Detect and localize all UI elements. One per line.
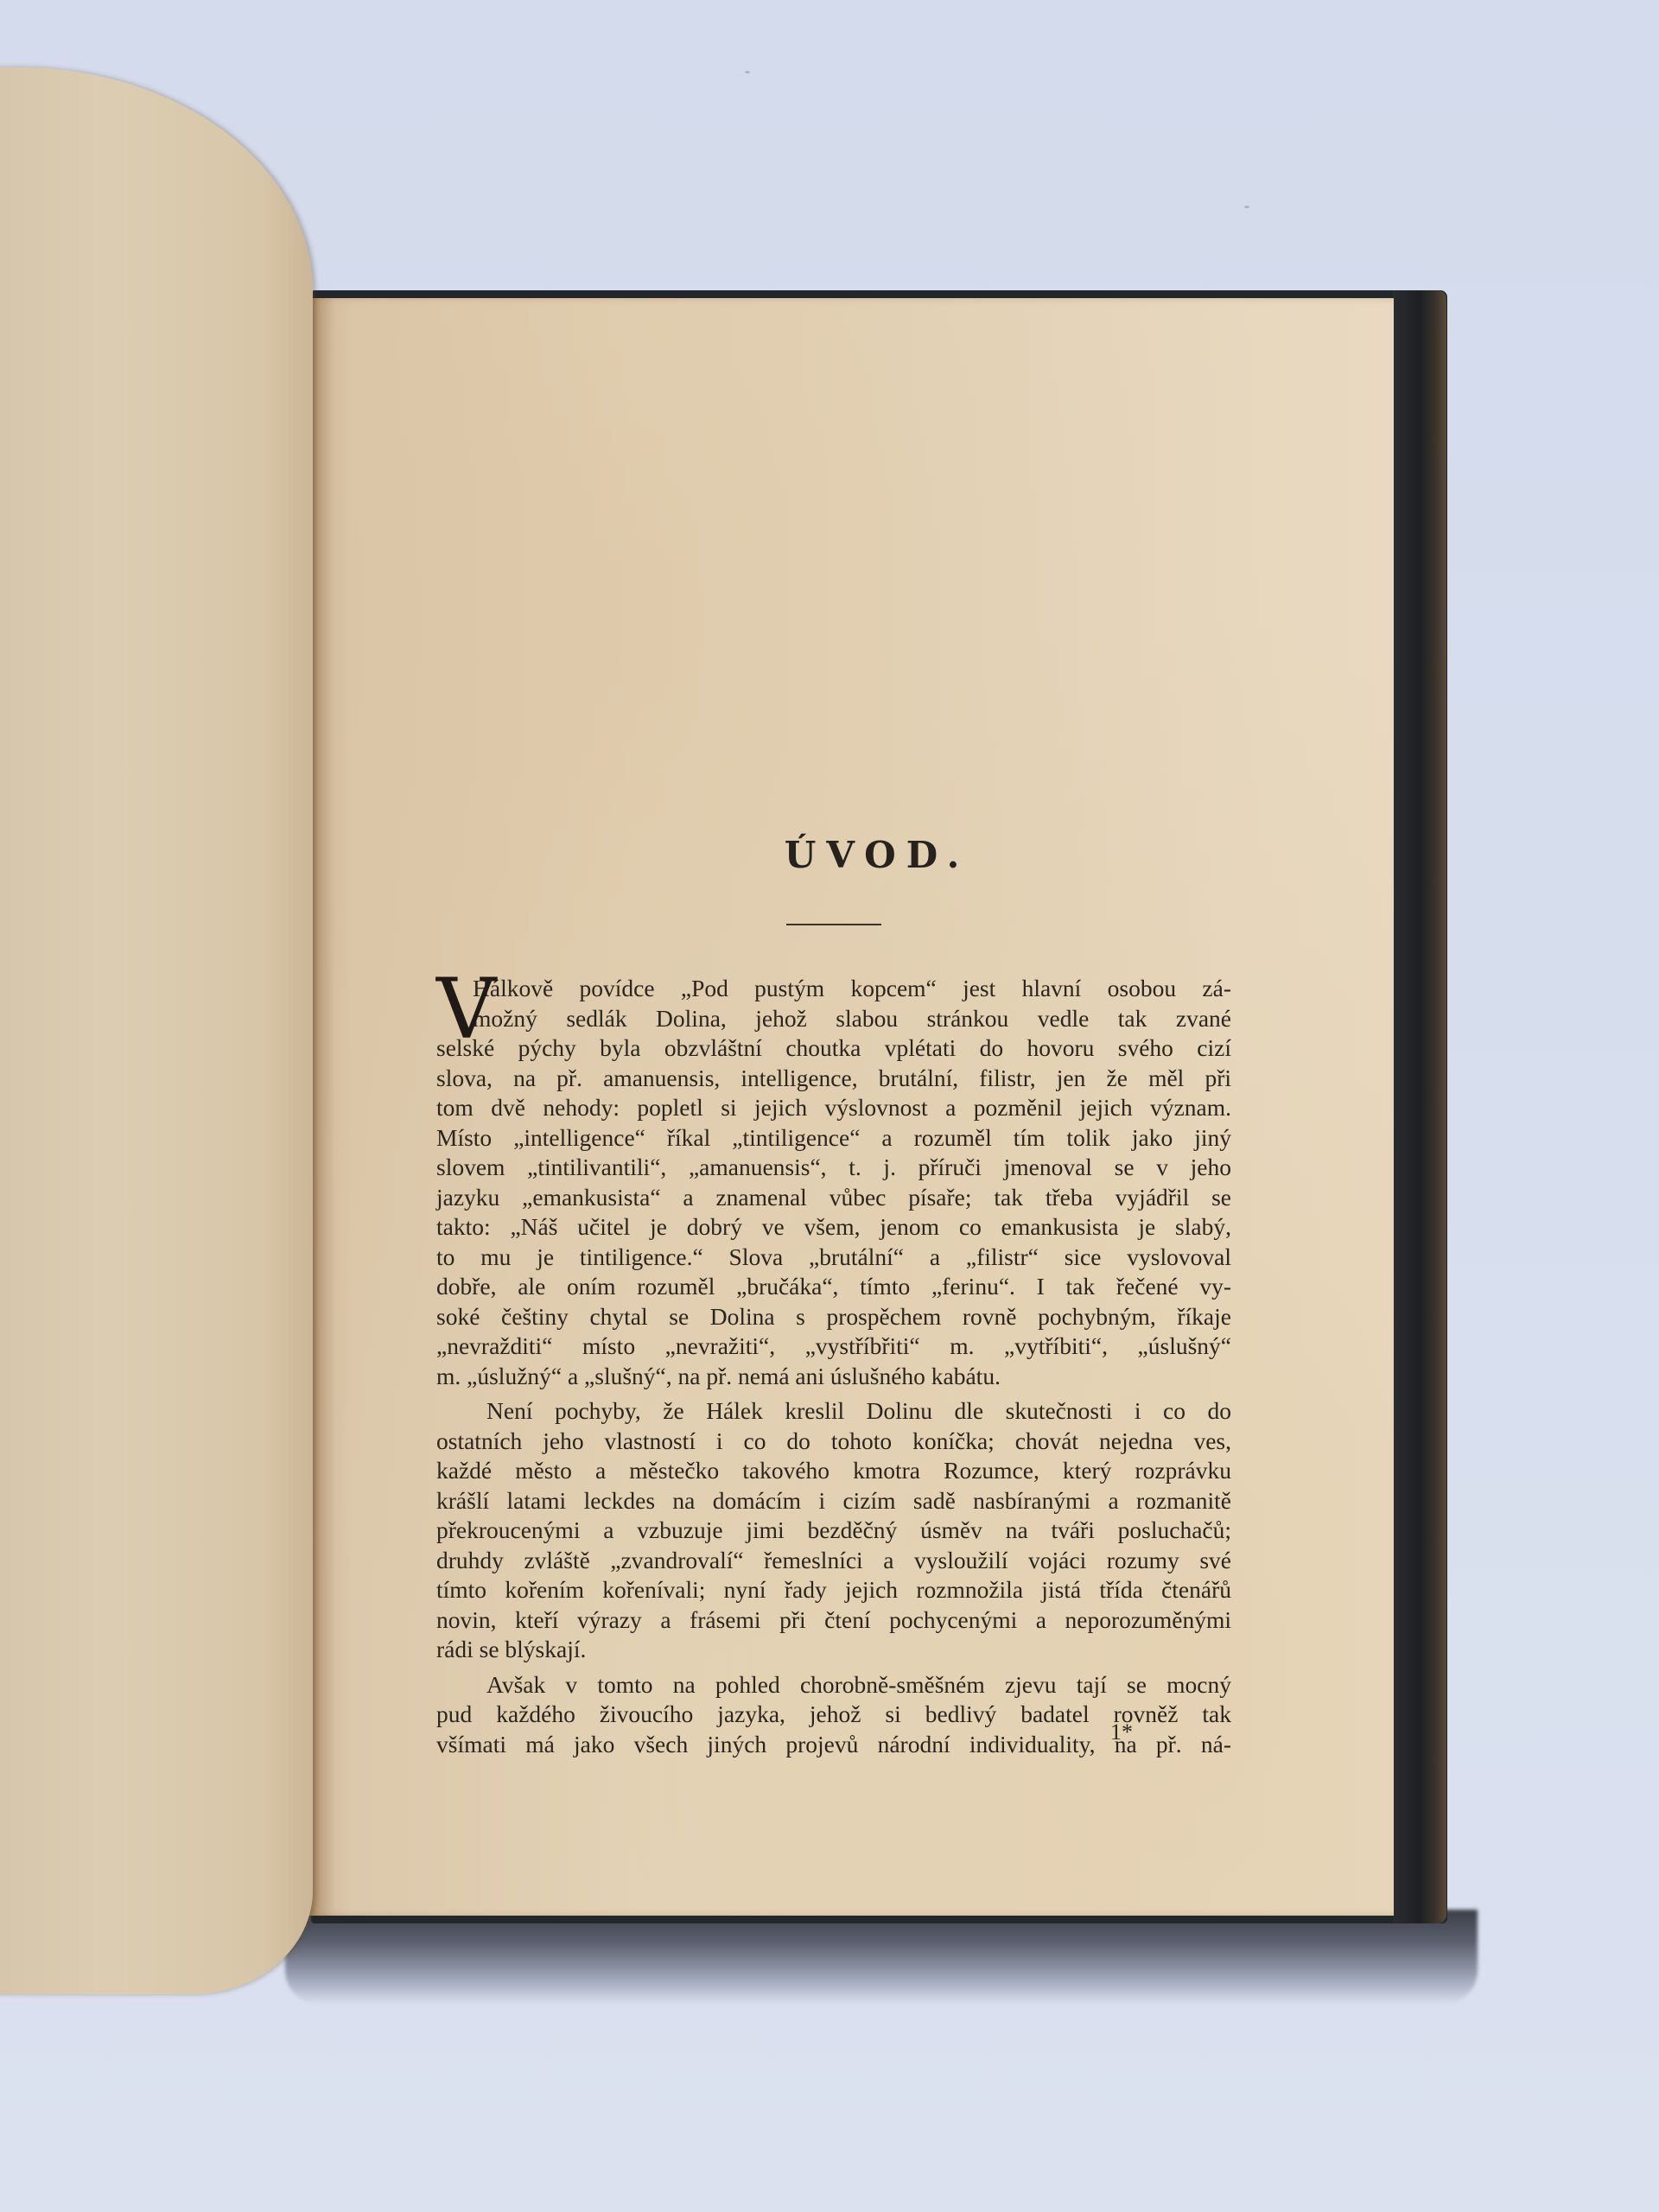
text-line: Avšak v tomto na pohled chorobně-směšném…	[436, 1670, 1231, 1700]
left-page-curled	[0, 67, 313, 1994]
text-line: takto: „Náš učitel je dobrý ve všem, jen…	[436, 1212, 1231, 1243]
text-line: tímto kořením kořenívali; nyní řady jeji…	[436, 1575, 1231, 1605]
text-line: krášlí latami leckdes na domácím i cizím…	[436, 1486, 1231, 1516]
text-line: druhdy zvláště „zvandrovalí“ řemeslníci …	[436, 1546, 1231, 1576]
text-line: soké češtiny chytal se Dolina s prospěch…	[436, 1302, 1231, 1332]
text-line: slova, na př. amanuensis, intelligence, …	[436, 1064, 1231, 1094]
text-line: každé město a městečko takového kmotra R…	[436, 1456, 1231, 1486]
paragraph-3: Avšak v tomto na pohled chorobně-směšném…	[436, 1670, 1231, 1760]
text-line: ostatních jeho vlastností i co do tohoto…	[436, 1427, 1231, 1457]
dust-speck	[745, 71, 750, 73]
text-line: to mu je tintiligence.“ Slova „brutální“…	[436, 1243, 1231, 1273]
book-shadow	[285, 1910, 1478, 2005]
gutter-shadow	[309, 298, 335, 1916]
text-line: slovem „tintilivantili“, „amanuensis“, t…	[436, 1153, 1231, 1183]
text-line: rádi se blýskají.	[436, 1635, 1231, 1665]
chapter-title: ÚVOD.	[436, 834, 1231, 876]
text-line: dobře, ale oním rozuměl „bručáka“, tímto…	[436, 1272, 1231, 1302]
text-line: m. „úslužný“ a „slušný“, na př. nemá ani…	[436, 1362, 1231, 1392]
text-line: jazyku „emankusista“ a znamenal vůbec pí…	[436, 1183, 1231, 1213]
text-line: selské pýchy byla obzvláštní choutka vpl…	[436, 1033, 1231, 1064]
page-number: 1*	[1110, 1719, 1133, 1745]
text-line: tom dvě nehody: popletl si jejich výslov…	[436, 1093, 1231, 1123]
title-rule	[786, 924, 881, 925]
photo-scene: ÚVOD. V Hálkově povídce „Pod pustým kopc…	[0, 0, 1659, 2212]
book-cover-edge	[1393, 290, 1446, 1923]
drop-cap: V	[436, 970, 496, 1048]
paragraph-2: Není pochyby, že Hálek kreslil Dolinu dl…	[436, 1396, 1231, 1665]
text-line: možný sedlák Dolina, jehož slabou stránk…	[436, 1004, 1231, 1034]
dust-speck	[1244, 206, 1249, 208]
text-line: překroucenými a vzbuzuje jimi bezděčný ú…	[436, 1516, 1231, 1546]
text-line: novin, kteří výrazy a frásemi při čtení …	[436, 1605, 1231, 1636]
text-line: Není pochyby, že Hálek kreslil Dolinu dl…	[436, 1396, 1231, 1427]
text-line: „nevražditi“ místo „nevražiti“, „vystříb…	[436, 1332, 1231, 1362]
paragraph-1: V Hálkově povídce „Pod pustým kopcem“ je…	[436, 974, 1231, 1391]
text-line: Hálkově povídce „Pod pustým kopcem“ jest…	[436, 974, 1231, 1004]
body-text: V Hálkově povídce „Pod pustým kopcem“ je…	[436, 974, 1231, 1759]
text-line: Místo „intelligence“ říkal „tintiligence…	[436, 1123, 1231, 1154]
